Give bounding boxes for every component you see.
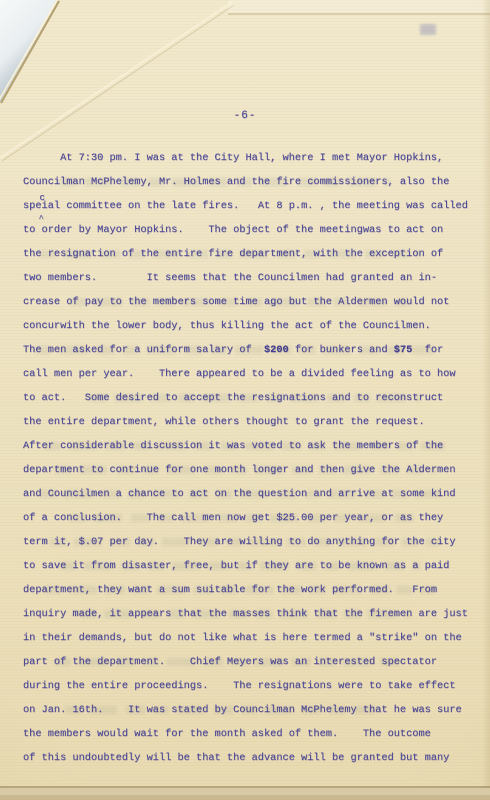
page-bottom-edge	[0, 786, 490, 800]
scanned-document-page: -6- At 7:30 pm. I was at the City Hall, …	[0, 0, 490, 800]
fold-edge-highlight-line	[0, 0, 57, 100]
corner-fold-graphic	[0, 0, 490, 800]
page-top-edge-line	[228, 13, 490, 15]
fold-edge-shadow-line	[1, 1, 59, 103]
page-top-edge-light	[228, 0, 490, 13]
page-right-edge-shade	[482, 0, 490, 800]
fold-crease-shadow	[2, 5, 234, 161]
fold-crease-highlight	[0, 2, 232, 158]
